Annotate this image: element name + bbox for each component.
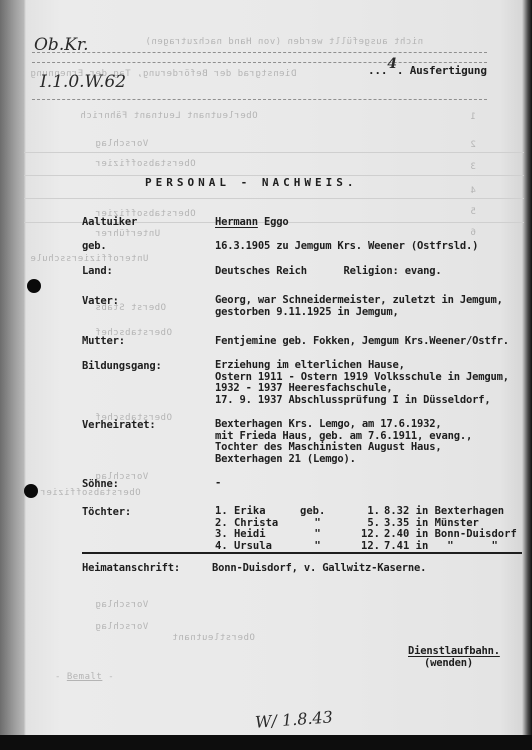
dashed-rule: [32, 52, 487, 53]
handwritten-file-number: I.1.0.W.62: [40, 72, 126, 92]
document-page: nicht ausgefüllt werden (von Hand nachzu…: [0, 0, 532, 738]
handwritten-date: W/ 1.8.43: [254, 707, 333, 731]
daughters-list: 1. Erikageb.1.8.32 in Bexterhagen 2. Chr…: [215, 506, 517, 552]
binding-strip: [0, 0, 24, 738]
field-label: Heimatanschrift:: [82, 562, 180, 574]
list-item: 4. Ursula"12.7.41 in " ": [215, 541, 517, 553]
field-value: Bexterhagen Krs. Lemgo, am 17.6.1932,mit…: [215, 419, 472, 465]
punch-hole: [24, 484, 38, 498]
copy-number: ...4. Ausfertigung: [368, 62, 487, 78]
dashed-rule: [32, 99, 487, 100]
page-edge: [0, 735, 532, 750]
field-value: Deutsches Reich Religion: evang.: [215, 265, 442, 277]
field-label: Mutter:: [82, 335, 125, 347]
field-label: Land:: [82, 265, 113, 277]
list-item: 1. Erikageb.1.8.32 in Bexterhagen: [215, 506, 517, 518]
footer-heading: Dienstlaufbahn.: [408, 645, 500, 657]
field-label: Töchter:: [82, 506, 131, 518]
field-label: Vater:: [82, 295, 119, 307]
field-value: Fentjemine geb. Fokken, Jemgum Krs.Weene…: [215, 335, 509, 347]
field-value: Erziehung im elterlichen Hause,Ostern 19…: [215, 360, 509, 406]
field-label: Verheiratet:: [82, 419, 155, 431]
field-label: Söhne:: [82, 478, 119, 490]
field-label: geb.: [82, 240, 107, 252]
field-value: 16.3.1905 zu Jemgum Krs. Weener (Ostfrsl…: [215, 240, 478, 252]
field-value: -: [215, 477, 221, 489]
footer-note: (wenden): [424, 657, 473, 669]
field-value: Georg, war Schneidermeister, zuletzt in …: [215, 295, 503, 318]
document-title: PERSONAL - NACHWEIS.: [145, 176, 357, 189]
punch-hole: [27, 279, 41, 293]
field-label: Bildungsgang:: [82, 360, 162, 372]
field-value: Bonn-Duisdorf, v. Gallwitz-Kaserne.: [212, 562, 426, 574]
field-value-name: Hermann Eggo: [215, 216, 288, 228]
section-rule: [82, 552, 522, 554]
field-label: Aaltuiker: [82, 216, 137, 228]
handwritten-note: Ob.Kr.: [34, 35, 89, 55]
list-item: 3. Heidi"12.2.40 in Bonn-Duisdorf: [215, 529, 517, 541]
